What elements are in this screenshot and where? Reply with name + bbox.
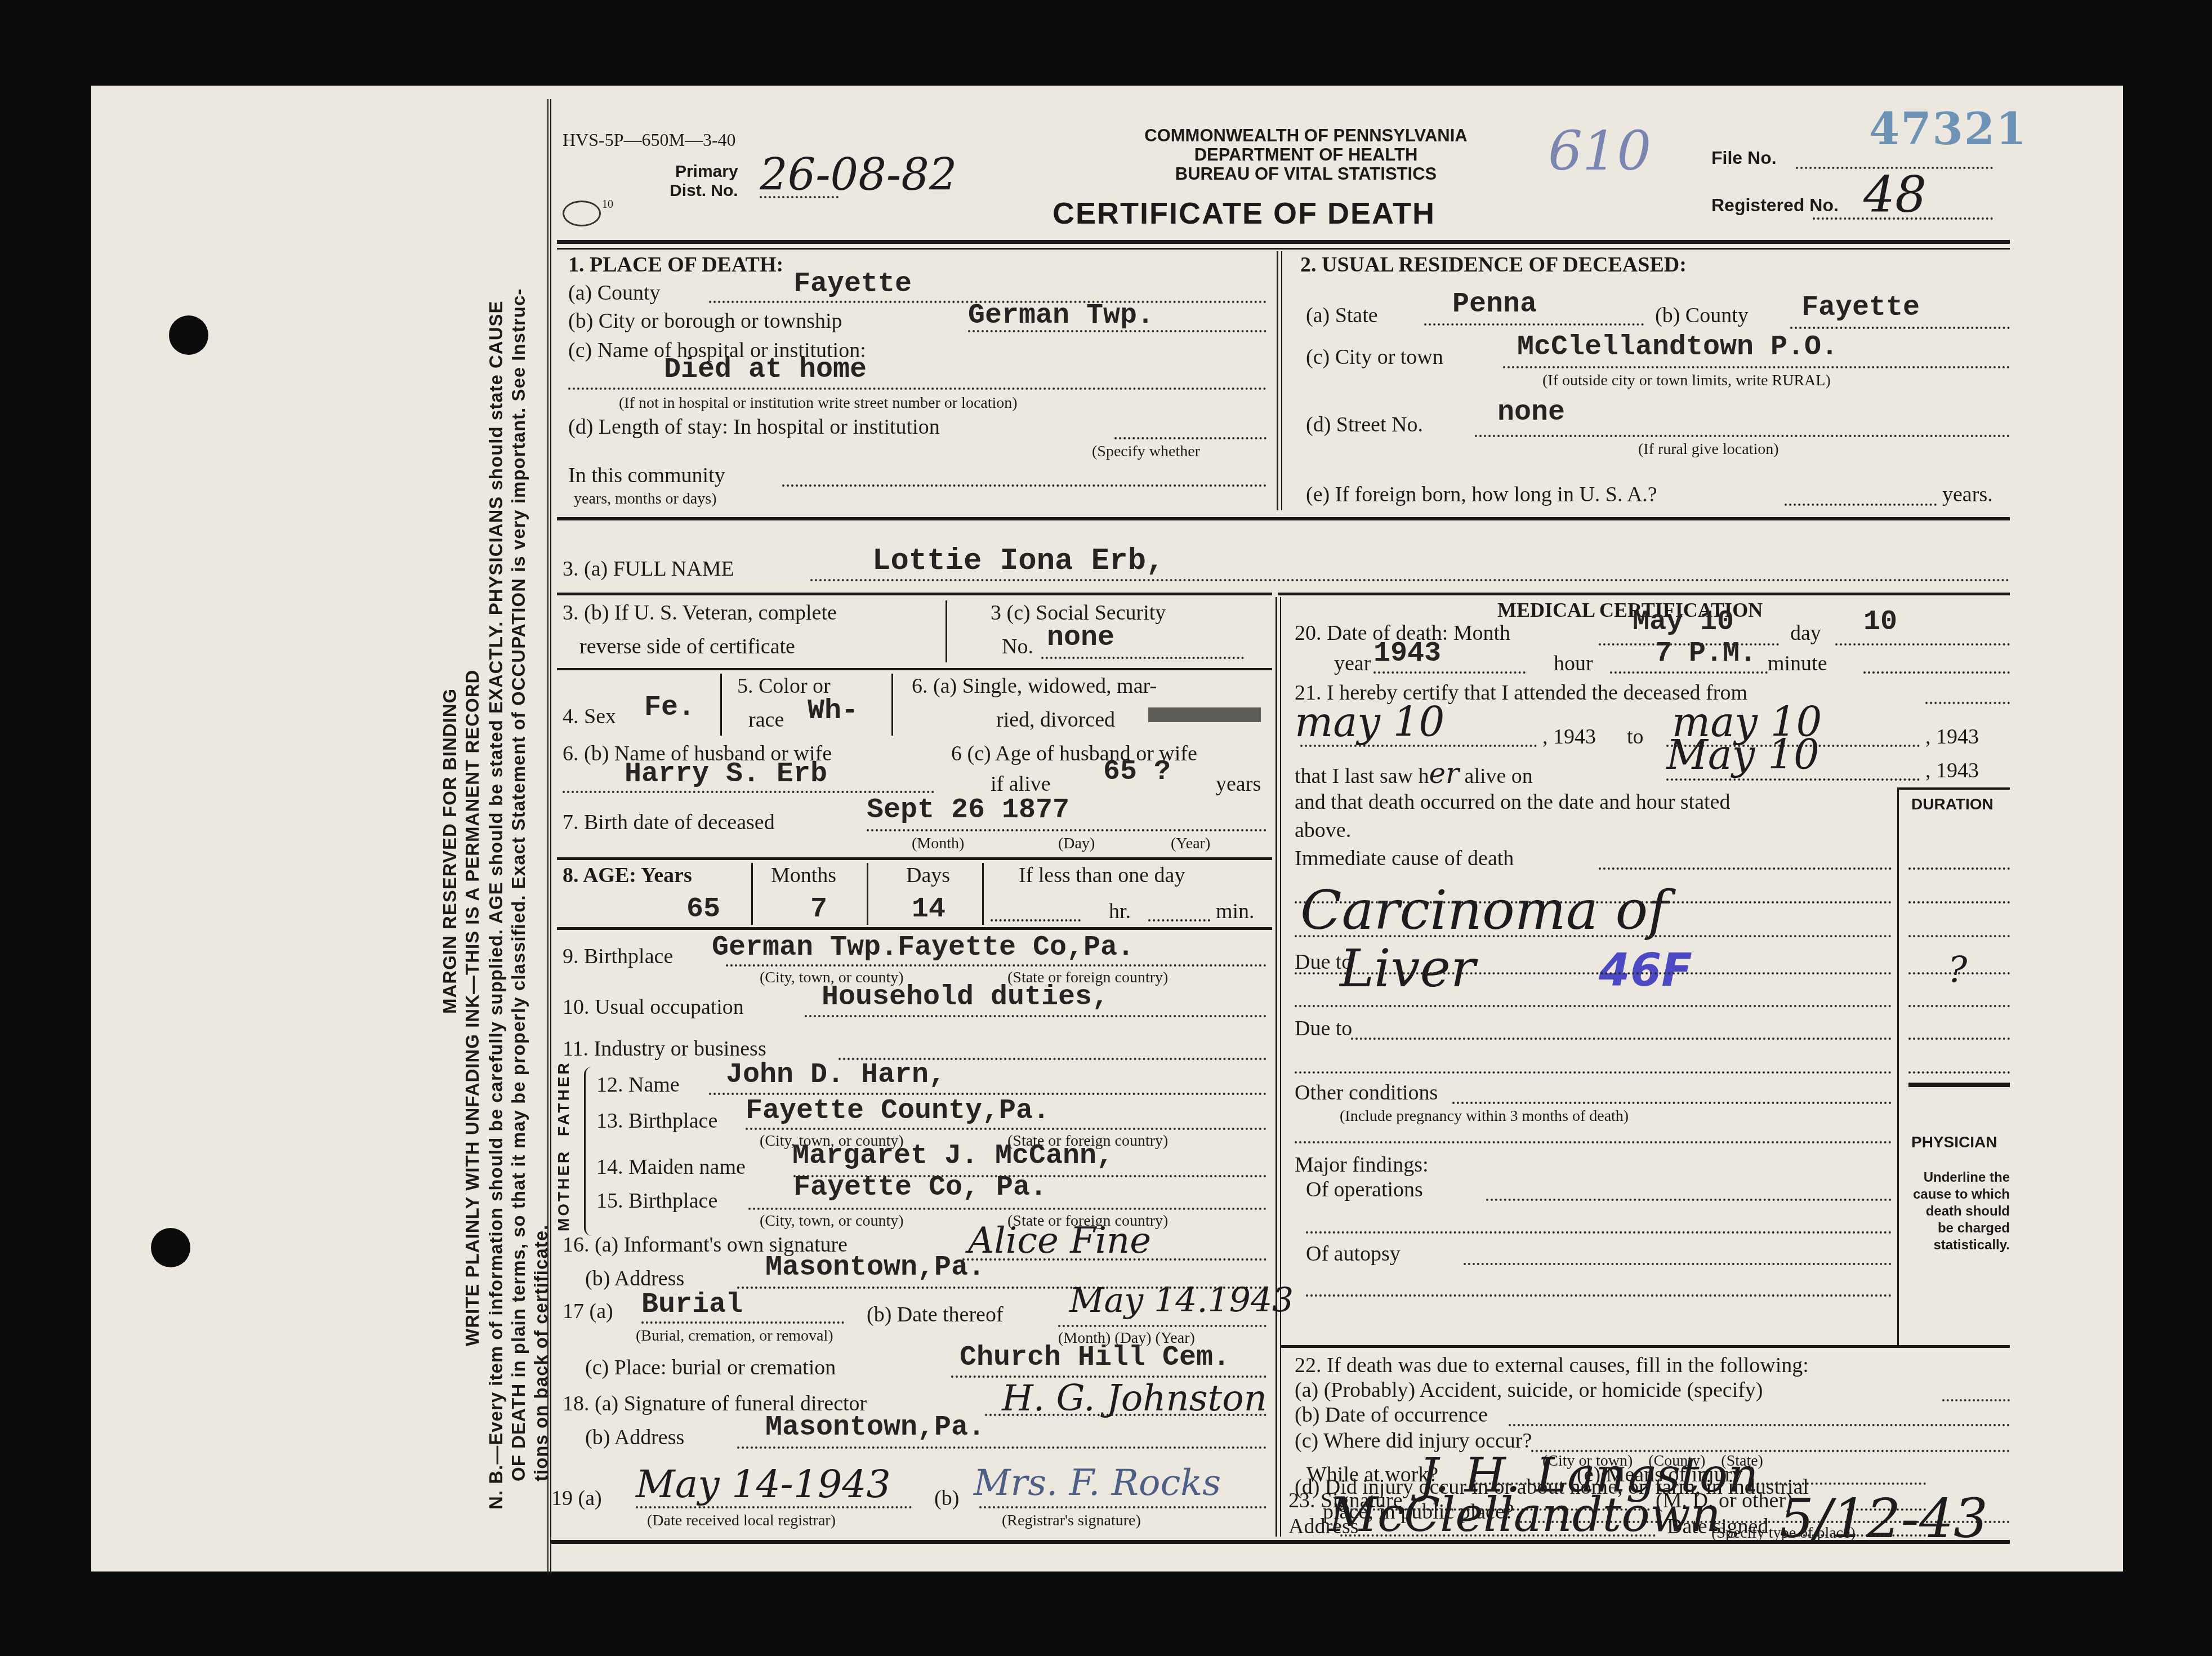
immediate-cause-line-1 — [1599, 867, 1892, 870]
death-hour-line — [1610, 671, 1768, 674]
res-foreign-suffix: years. — [1942, 482, 1993, 507]
mother-maiden-label: 14. Maiden name — [596, 1155, 746, 1179]
res-foreign-line — [1785, 504, 1937, 506]
ssn-value: none — [1047, 622, 1114, 654]
primary-dist-label: Primary Dist. No. — [670, 162, 738, 201]
operations-line — [1486, 1199, 1892, 1201]
birthplace-line — [726, 964, 1266, 967]
age-divider-2 — [867, 863, 868, 925]
age-less-label: If less than one day — [1019, 863, 1185, 888]
residence-heading: 2. USUAL RESIDENCE OF DECEASED: — [1300, 252, 1687, 277]
autopsy-line — [1464, 1263, 1892, 1265]
spouse-age-prefix: if alive — [991, 772, 1051, 796]
handwritten-note: 610 — [1548, 119, 1651, 182]
burial-method-line — [641, 1321, 844, 1324]
ssn-no-label: No. — [1002, 634, 1033, 659]
major-findings-label: Major findings: — [1295, 1152, 1428, 1177]
external-b-label: (b) Date of occurrence — [1295, 1403, 1488, 1427]
occupation-value: Household duties, — [822, 981, 1109, 1013]
pod-city-line — [968, 330, 1266, 332]
spouse-age-value: 65 ? — [1103, 756, 1171, 788]
birth-day-note: (Day) — [1058, 835, 1095, 853]
registrar-date-note: (Date received local registrar) — [647, 1512, 836, 1530]
registered-no-label: Registered No. — [1711, 195, 1839, 216]
other-conditions-line — [1452, 1102, 1892, 1104]
physician-note: Underline the cause to which death shoul… — [1908, 1169, 2010, 1254]
father-name-value: John D. Harn, — [726, 1059, 946, 1091]
burial-date-label: (b) Date thereof — [867, 1302, 1004, 1327]
pod-stay-note: (Specify whether — [1092, 443, 1200, 461]
operations-label: Of operations — [1306, 1177, 1423, 1202]
operations-line-2 — [1306, 1231, 1892, 1234]
burial-method-note: (Burial, cremation, or removal) — [636, 1327, 833, 1345]
pod-city-value: German Twp. — [968, 300, 1154, 332]
external-a-line — [1942, 1399, 2010, 1401]
margin-line-2: WRITE PLAINLY WITH UNFADING INK—THIS IS … — [462, 670, 483, 1346]
registrar-item-label: 19 (a) — [551, 1486, 602, 1511]
death-hour-label: hour — [1554, 651, 1593, 676]
immediate-cause-line-2 — [1295, 901, 1892, 903]
attended-to-label: to — [1627, 724, 1644, 749]
res-county-line — [1790, 327, 2010, 329]
due-to-line-2b — [1295, 1071, 1892, 1074]
registrar-date-line — [636, 1506, 912, 1508]
union-mark-no: 10 — [602, 198, 613, 211]
autopsy-line-2 — [1306, 1294, 1892, 1297]
certifier-address-line — [1340, 1534, 1656, 1537]
section1-divider — [1277, 251, 1278, 510]
margin-line-4: OF DEATH in plain terms, so that it may … — [508, 288, 529, 1481]
pod-hospital-value: Died at home — [664, 354, 867, 386]
res-street-value: none — [1497, 397, 1565, 429]
agency-line-1: COMMONWEALTH OF PENNSYLVANIA — [1109, 126, 1503, 145]
due-to-value-1: Liver — [1340, 938, 1475, 999]
registrar-signature-note: (Registrar's signature) — [1002, 1512, 1141, 1530]
birthplace-label: 9. Birthplace — [563, 944, 673, 969]
physician-heading: PHYSICIAN — [1911, 1133, 1997, 1151]
res-street-line — [1475, 435, 2010, 437]
res-city-value: McClellandtown P.O. — [1517, 331, 1838, 363]
due-to-label-2: Due to — [1295, 1016, 1352, 1041]
birth-date-label: 7. Birth date of deceased — [563, 810, 775, 835]
registered-no-line — [1813, 217, 1993, 220]
age-rule — [557, 927, 1272, 930]
spouse-name-line — [563, 791, 934, 793]
last-saw-pronoun: er — [1429, 757, 1460, 790]
death-day-label: day — [1790, 621, 1821, 646]
death-minute-line — [1863, 671, 2010, 674]
duration-line-6 — [1908, 1038, 2010, 1040]
name-rule-right — [1278, 593, 2010, 595]
duration-rule — [1897, 787, 2010, 790]
dist-no-label: Dist. No. — [670, 181, 738, 201]
death-day-line — [1835, 643, 2010, 646]
sex-value: Fe. — [644, 692, 695, 724]
marital-label-2: ried, divorced — [996, 707, 1115, 732]
funeral-address-label: (b) Address — [585, 1425, 684, 1450]
birth-date-line — [867, 829, 1266, 831]
res-foreign-label: (e) If foreign born, how long in U. S. A… — [1306, 482, 1657, 507]
age-hr-label: hr. — [1109, 899, 1131, 924]
name-rule-left — [557, 593, 1272, 595]
death-day-value: 10 — [1863, 606, 1897, 638]
burial-method-value: Burial — [641, 1289, 743, 1321]
pod-community-label: In this community — [568, 463, 725, 488]
margin-line-3: N. B.—Every item of information should b… — [485, 300, 507, 1510]
place-of-death-heading: 1. PLACE OF DEATH: — [568, 252, 783, 277]
birth-date-value: Sept 26 1877 — [867, 794, 1069, 826]
occupation-line — [805, 1015, 1266, 1017]
age-min-label: min. — [1216, 899, 1255, 924]
mother-maiden-value: Margaret J. McCann, — [792, 1140, 1113, 1172]
pod-hospital-note: (If not in hospital or institution write… — [619, 394, 1018, 412]
res-city-note: (If outside city or town limits, write R… — [1542, 372, 1831, 390]
age-divider-3 — [982, 863, 984, 925]
res-state-line — [1424, 323, 1644, 326]
file-no-stamp: 47321 — [1869, 104, 2027, 155]
certificate-title: CERTIFICATE OF DEATH — [1053, 196, 1435, 231]
stated-label-2: above. — [1295, 818, 1351, 843]
pod-stay-label: (d) Length of stay: In hospital or insti… — [568, 415, 940, 439]
color-divider — [891, 674, 893, 736]
cause-code-annotation: 46F — [1599, 944, 1692, 996]
immediate-cause-line-3 — [1295, 935, 1892, 937]
stated-label-1: and that death occurred on the date and … — [1295, 790, 1730, 814]
form-code: HVS-5P—650M—3-40 — [563, 130, 736, 150]
color-label-2: race — [748, 707, 784, 732]
immediate-cause-label: Immediate cause of death — [1295, 846, 1514, 871]
res-state-value: Penna — [1452, 288, 1537, 320]
last-saw-date-line — [1666, 778, 1920, 781]
external-rule — [1281, 1345, 2010, 1348]
duration-divider — [1897, 787, 1899, 1345]
mother-birthplace-label: 15. Birthplace — [596, 1188, 717, 1213]
immediate-cause-value: Carcinoma of — [1300, 879, 1668, 942]
full-name-label-text: 3. (a) FULL NAME — [563, 557, 734, 581]
funeral-address-line — [737, 1446, 1266, 1449]
age-min-line — [1148, 919, 1210, 922]
registrar-signature-line — [979, 1506, 1266, 1508]
funeral-director-line — [985, 1414, 1266, 1416]
parents-side-label: MOTHER FATHER — [555, 1061, 573, 1231]
burial-date-line — [1058, 1325, 1266, 1327]
death-hour-value: 7 P.M. — [1655, 638, 1756, 670]
pod-city-label: (b) City or borough or township — [568, 309, 842, 333]
file-no-label: File No. — [1711, 148, 1777, 168]
birth-month-note: (Month) — [912, 835, 964, 853]
primary-label: Primary — [670, 162, 738, 181]
punch-hole-bottom — [151, 1228, 190, 1267]
medical-divider-2 — [1280, 597, 1281, 1537]
father-side-label: FATHER — [555, 1061, 572, 1136]
full-name-line — [810, 579, 2010, 581]
agency-line-2: DEPARTMENT OF HEALTH — [1109, 145, 1503, 164]
due-to-line-1b — [1295, 1005, 1892, 1007]
father-birthplace-value: Fayette County,Pa. — [746, 1095, 1050, 1127]
duration-bottom-rule — [1908, 1083, 2010, 1087]
age-months-value: 7 — [810, 893, 827, 925]
informant-address-label: (b) Address — [585, 1266, 684, 1291]
informant-address-value: Masontown,Pa. — [765, 1252, 985, 1284]
date-signed-line — [1785, 1534, 1926, 1537]
medical-divider — [1276, 597, 1277, 1537]
last-saw-date-value: May 10 — [1666, 731, 1819, 778]
spouse-age-suffix: years — [1216, 772, 1261, 796]
section2-rule — [557, 517, 2010, 520]
full-name-value: Lottie Iona Erb, — [872, 544, 1164, 578]
burial-date-value: May 14.1943 — [1069, 1281, 1294, 1320]
last-saw-year: , 1943 — [1925, 758, 1979, 783]
birth-year-note: (Year) — [1171, 835, 1210, 853]
external-a-label: (a) (Probably) Accident, suicide, or hom… — [1295, 1378, 1763, 1403]
age-divider-1 — [751, 863, 753, 925]
occupation-label: 10. Usual occupation — [563, 995, 744, 1020]
external-heading: 22. If death was due to external causes,… — [1295, 1353, 1809, 1378]
funeral-address-value: Masontown,Pa. — [765, 1412, 985, 1444]
res-county-value: Fayette — [1801, 292, 1920, 324]
age-label: 8. AGE: Years — [563, 863, 692, 887]
header-rule — [557, 240, 2010, 244]
margin-line-1: MARGIN RESERVED FOR BINDING — [439, 688, 461, 1014]
pod-hospital-line — [568, 388, 1266, 390]
registered-no: 48 — [1863, 166, 1926, 224]
agency-line-3: BUREAU OF VITAL STATISTICS — [1109, 164, 1503, 184]
mother-birthplace-line — [748, 1208, 1266, 1210]
res-county-label: (b) County — [1655, 303, 1749, 328]
dist-no-line — [760, 196, 839, 198]
pod-stay-line — [1114, 437, 1266, 439]
age-days-label: Days — [906, 863, 950, 888]
attended-from-line — [1300, 745, 1537, 747]
date-signed-value: 5/12-43 — [1780, 1487, 1988, 1550]
punch-hole-top — [169, 315, 208, 355]
marital-label-1: 6. (a) Single, widowed, mar- — [912, 674, 1157, 698]
registrar-signature: Mrs. F. Rocks — [974, 1462, 1221, 1504]
parents-bracket — [584, 1067, 594, 1236]
burial-place-value: Church Hill Cem. — [960, 1342, 1230, 1374]
birth-rule — [557, 857, 1272, 860]
pod-community-line — [782, 484, 1266, 487]
death-year-value: 1943 — [1373, 638, 1441, 670]
duration-line-5 — [1908, 1005, 2010, 1007]
last-saw-label: that I last saw h — [1295, 764, 1429, 788]
age-days-value: 14 — [912, 893, 946, 925]
pod-community-note: years, months or days) — [574, 490, 717, 508]
autopsy-label: Of autopsy — [1306, 1241, 1401, 1266]
death-year-line — [1373, 671, 1526, 674]
res-street-label: (d) Street No. — [1306, 412, 1423, 437]
age-hr-line — [991, 919, 1081, 922]
age-months-label: Months — [771, 863, 836, 888]
date-signed-label: Date signed — [1667, 1514, 1768, 1539]
age-years-value: 65 — [686, 893, 720, 925]
industry-label: 11. Industry or business — [563, 1036, 766, 1061]
color-value: Wh- — [808, 695, 858, 727]
sex-label: 4. Sex — [563, 704, 616, 729]
mother-birthplace-value: Fayette Co, Pa. — [793, 1172, 1047, 1204]
other-conditions-line-2 — [1295, 1141, 1892, 1143]
duration-value: ? — [1948, 950, 1967, 991]
attended-from-value: may 10 — [1295, 698, 1444, 746]
father-birthplace-label: 13. Birthplace — [596, 1109, 717, 1133]
informant-signature-line — [962, 1258, 1266, 1261]
other-conditions-note: (Include pregnancy within 3 months of de… — [1340, 1107, 1629, 1125]
header-rule-thin — [557, 248, 2010, 250]
pod-county-label: (a) County — [568, 281, 661, 305]
birthplace-value: German Twp.Fayette Co,Pa. — [712, 932, 1134, 964]
agency-block: COMMONWEALTH OF PENNSYLVANIA DEPARTMENT … — [1109, 126, 1503, 184]
burial-item-label: 17 (a) — [563, 1299, 613, 1324]
registrar-date-received: May 14-1943 — [636, 1462, 891, 1507]
attended-to-year: , 1943 — [1925, 724, 1979, 749]
primary-dist-no: 26-08-82 — [760, 150, 957, 201]
death-minute-label: minute — [1768, 651, 1827, 676]
registrar-signature-item: (b) — [934, 1486, 959, 1511]
ssn-line — [1041, 657, 1244, 659]
other-conditions-label: Other conditions — [1295, 1080, 1438, 1105]
res-city-line — [1503, 366, 2010, 368]
veteran-label-2: reverse side of certificate — [579, 634, 795, 659]
spouse-name-value: Harry S. Erb — [625, 758, 827, 790]
veteran-divider — [946, 600, 947, 662]
marital-redaction — [1148, 707, 1261, 722]
certify-from-line — [1925, 702, 2010, 704]
res-street-note: (If rural give location) — [1638, 440, 1779, 458]
duration-line-1 — [1908, 867, 2010, 870]
father-birthplace-line — [746, 1128, 1266, 1130]
due-to-line-2 — [1351, 1038, 1892, 1040]
union-label-icon — [563, 201, 601, 226]
full-name-label: 3. (a) FULL NAME — [563, 557, 734, 581]
ssn-rule — [557, 668, 1272, 670]
death-month-value: May 10 — [1633, 606, 1734, 638]
duration-line-7 — [1908, 1071, 2010, 1074]
section1-divider-2 — [1281, 251, 1282, 510]
binding-margin-instructions: MARGIN RESERVED FOR BINDING WRITE PLAINL… — [434, 146, 546, 1510]
duration-line-3 — [1908, 935, 2010, 937]
due-to-line-1 — [1295, 972, 1892, 974]
death-certificate-form: HVS-5P—650M—3-40 Primary Dist. No. 26-08… — [547, 99, 2031, 1575]
pod-county-value: Fayette — [793, 268, 912, 300]
burial-place-label: (c) Place: burial or cremation — [585, 1355, 836, 1380]
death-year-label: year — [1334, 651, 1371, 676]
external-b-line — [1509, 1424, 2010, 1426]
res-state-label: (a) State — [1306, 303, 1378, 328]
funeral-director-signature: H. G. Johnston — [1002, 1378, 1267, 1419]
sex-divider — [720, 674, 722, 736]
attended-from-year: , 1943 — [1542, 724, 1596, 749]
mother-city-note: (City, town, or county) — [760, 1212, 904, 1230]
father-name-label: 12. Name — [596, 1072, 680, 1097]
res-city-label: (c) City or town — [1306, 345, 1443, 370]
duration-line-2 — [1908, 901, 2010, 903]
veteran-label-1: 3. (b) If U. S. Veteran, complete — [563, 600, 837, 625]
alive-on-label: alive on — [1465, 764, 1533, 788]
duration-heading: DURATION — [1911, 795, 1994, 813]
duration-line-4 — [1908, 972, 2010, 974]
mother-side-label: MOTHER — [555, 1150, 572, 1231]
means-of-injury-line — [1757, 1483, 1926, 1485]
informant-signature: Alice Fine — [968, 1220, 1151, 1262]
